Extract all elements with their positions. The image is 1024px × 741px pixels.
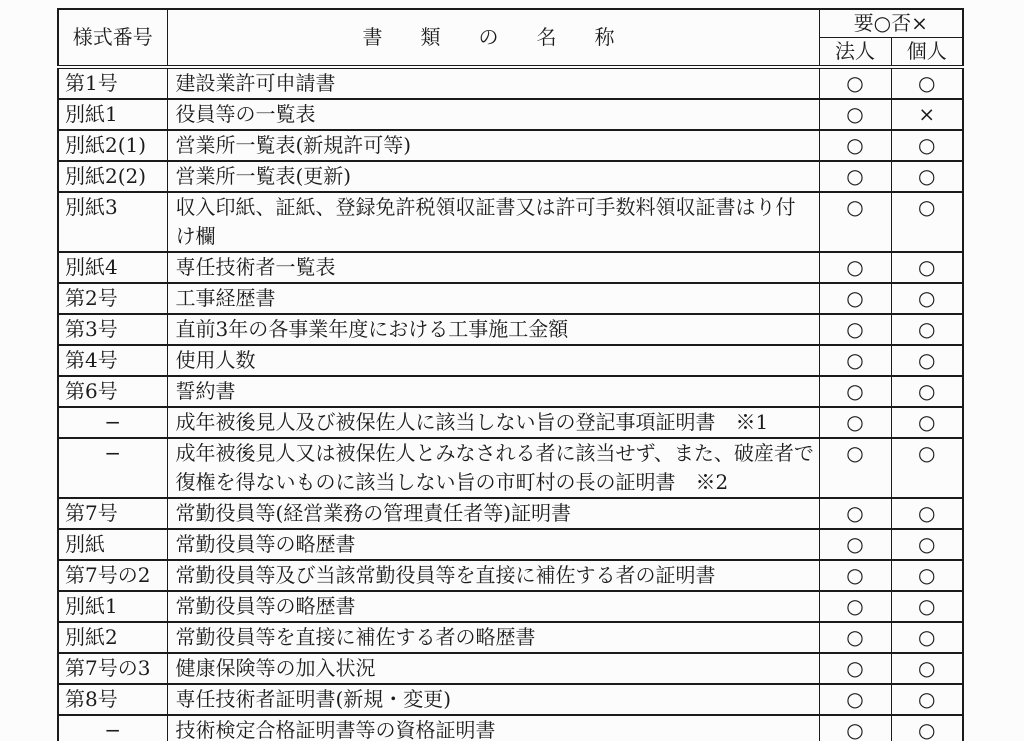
document-name-cell: 成年被後見人及び被保佐人に該当しない旨の登記事項証明書 ※1 [167,407,819,438]
individual-mark-cell: ○ [891,529,963,560]
form-number-cell: 第4号 [58,345,167,376]
corporation-mark-cell: ○ [819,192,891,252]
header-individual: 個人 [891,38,963,68]
corporation-mark-cell: ○ [819,67,891,99]
individual-mark-cell: ○ [891,376,963,407]
individual-mark-cell: ○ [891,67,963,99]
corporation-mark-cell: ○ [819,283,891,314]
table-row: −技術検定合格証明書等の資格証明書○○ [58,715,963,741]
corporation-mark-cell: ○ [819,715,891,741]
document-name-cell: 常勤役員等の略歴書 [167,591,819,622]
form-number-cell: − [58,438,167,498]
form-number-cell: 第7号 [58,498,167,529]
document-name-cell: 営業所一覧表(新規許可等) [167,130,819,161]
form-number-cell: 第1号 [58,67,167,99]
individual-mark-cell: ○ [891,438,963,498]
corporation-mark-cell: ○ [819,161,891,192]
form-number-cell: 別紙2(2) [58,161,167,192]
table-body: 第1号建設業許可申請書○○別紙1役員等の一覧表○×別紙2(1)営業所一覧表(新規… [58,67,963,741]
table-row: 別紙3収入印紙、証紙、登録免許税領収証書又は許可手数料領収証書はり付け欄○○ [58,192,963,252]
form-number-cell: 第7号の2 [58,560,167,591]
table-row: 別紙4専任技術者一覧表○○ [58,252,963,283]
document-name-cell: 誓約書 [167,376,819,407]
form-number-cell: 第8号 [58,684,167,715]
header-corporation: 法人 [819,38,891,68]
individual-mark-cell: ○ [891,560,963,591]
individual-mark-cell: ○ [891,283,963,314]
header-row-top: 様式番号 書 類 の 名 称 要○否× [58,9,963,38]
form-number-cell: 別紙1 [58,99,167,130]
document-name-cell: 技術検定合格証明書等の資格証明書 [167,715,819,741]
corporation-mark-cell: ○ [819,591,891,622]
table-row: 第7号常勤役員等(経営業務の管理責任者等)証明書○○ [58,498,963,529]
table-row: 第4号使用人数○○ [58,345,963,376]
corporation-mark-cell: ○ [819,345,891,376]
table-row: −成年被後見人又は被保佐人とみなされる者に該当せず、また、破産者で復権を得ないも… [58,438,963,498]
form-number-cell: 別紙1 [58,591,167,622]
document-name-cell: 直前3年の各事業年度における工事施工金額 [167,314,819,345]
individual-mark-cell: ○ [891,407,963,438]
form-number-cell: 別紙2(1) [58,130,167,161]
corporation-mark-cell: ○ [819,130,891,161]
corporation-mark-cell: ○ [819,653,891,684]
table-row: 第1号建設業許可申請書○○ [58,67,963,99]
table-row: 第8号専任技術者証明書(新規・変更)○○ [58,684,963,715]
corporation-mark-cell: ○ [819,498,891,529]
document-name-cell: 常勤役員等を直接に補佐する者の略歴書 [167,622,819,653]
form-number-cell: 第2号 [58,283,167,314]
corporation-mark-cell: ○ [819,407,891,438]
document-name-cell: 専任技術者一覧表 [167,252,819,283]
document-name-cell: 営業所一覧表(更新) [167,161,819,192]
corporation-mark-cell: ○ [819,314,891,345]
header-document-name: 書 類 の 名 称 [167,9,819,67]
document-name-cell: 常勤役員等(経営業務の管理責任者等)証明書 [167,498,819,529]
document-name-cell: 健康保険等の加入状況 [167,653,819,684]
table-row: 第2号工事経歴書○○ [58,283,963,314]
individual-mark-cell: × [891,99,963,130]
corporation-mark-cell: ○ [819,376,891,407]
individual-mark-cell: ○ [891,130,963,161]
corporation-mark-cell: ○ [819,684,891,715]
individual-mark-cell: ○ [891,715,963,741]
individual-mark-cell: ○ [891,345,963,376]
corporation-mark-cell: ○ [819,529,891,560]
table-row: −成年被後見人及び被保佐人に該当しない旨の登記事項証明書 ※1○○ [58,407,963,438]
individual-mark-cell: ○ [891,622,963,653]
form-number-cell: − [58,407,167,438]
document-name-cell: 常勤役員等及び当該常勤役員等を直接に補佐する者の証明書 [167,560,819,591]
form-number-cell: 第6号 [58,376,167,407]
corporation-mark-cell: ○ [819,622,891,653]
document-name-cell: 成年被後見人又は被保佐人とみなされる者に該当せず、また、破産者で復権を得ないもの… [167,438,819,498]
corporation-mark-cell: ○ [819,560,891,591]
individual-mark-cell: ○ [891,252,963,283]
form-number-cell: − [58,715,167,741]
form-number-cell: 別紙3 [58,192,167,252]
table-row: 第7号の3健康保険等の加入状況○○ [58,653,963,684]
document-name-cell: 建設業許可申請書 [167,67,819,99]
individual-mark-cell: ○ [891,498,963,529]
form-number-cell: 別紙4 [58,252,167,283]
individual-mark-cell: ○ [891,684,963,715]
table-row: 第6号誓約書○○ [58,376,963,407]
header-form-number: 様式番号 [58,9,167,67]
table-row: 第7号の2常勤役員等及び当該常勤役員等を直接に補佐する者の証明書○○ [58,560,963,591]
table-row: 別紙2(2)営業所一覧表(更新)○○ [58,161,963,192]
corporation-mark-cell: ○ [819,252,891,283]
table-row: 別紙2(1)営業所一覧表(新規許可等)○○ [58,130,963,161]
individual-mark-cell: ○ [891,591,963,622]
table-row: 別紙1役員等の一覧表○× [58,99,963,130]
table-row: 別紙2常勤役員等を直接に補佐する者の略歴書○○ [58,622,963,653]
table-row: 第3号直前3年の各事業年度における工事施工金額○○ [58,314,963,345]
individual-mark-cell: ○ [891,314,963,345]
document-name-cell: 収入印紙、証紙、登録免許税領収証書又は許可手数料領収証書はり付け欄 [167,192,819,252]
individual-mark-cell: ○ [891,161,963,192]
form-number-cell: 別紙2 [58,622,167,653]
table-header: 様式番号 書 類 の 名 称 要○否× 法人 個人 [58,9,963,67]
form-number-cell: 別紙 [58,529,167,560]
document-name-cell: 使用人数 [167,345,819,376]
document-checklist-table: 様式番号 書 類 の 名 称 要○否× 法人 個人 第1号建設業許可申請書○○別… [57,8,964,741]
corporation-mark-cell: ○ [819,99,891,130]
document-name-cell: 専任技術者証明書(新規・変更) [167,684,819,715]
document-name-cell: 工事経歴書 [167,283,819,314]
individual-mark-cell: ○ [891,653,963,684]
form-number-cell: 第3号 [58,314,167,345]
table-row: 別紙1常勤役員等の略歴書○○ [58,591,963,622]
table-row: 別紙常勤役員等の略歴書○○ [58,529,963,560]
corporation-mark-cell: ○ [819,438,891,498]
form-number-cell: 第7号の3 [58,653,167,684]
document-name-cell: 役員等の一覧表 [167,99,819,130]
document-name-cell: 常勤役員等の略歴書 [167,529,819,560]
individual-mark-cell: ○ [891,192,963,252]
header-required-legend: 要○否× [819,9,963,38]
